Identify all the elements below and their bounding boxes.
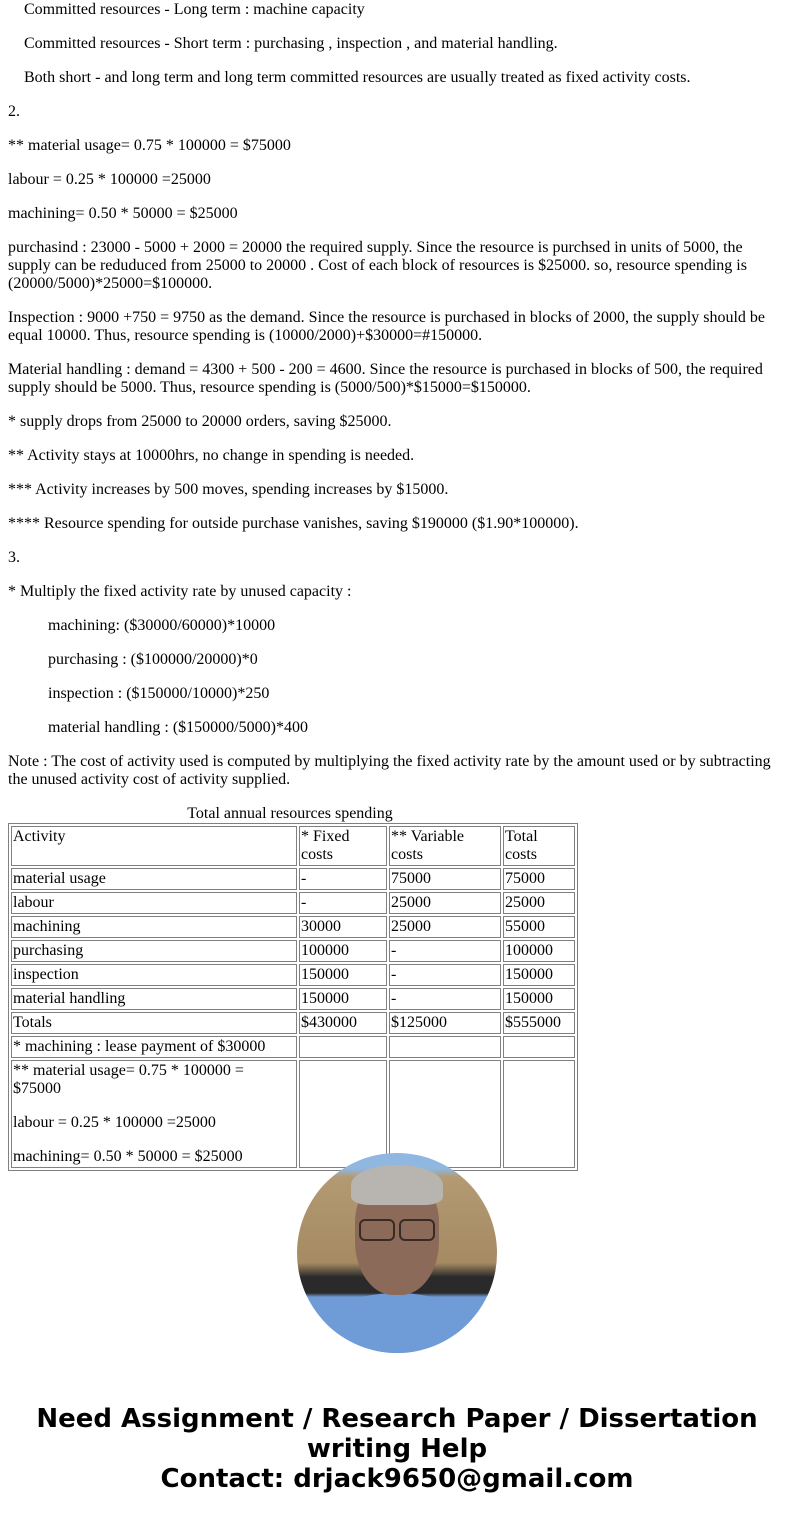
cell-fixed: -	[299, 892, 387, 914]
empty-cell	[389, 1036, 501, 1058]
cell-fixed: 150000	[299, 964, 387, 986]
committed-long-term: Committed resources - Long term : machin…	[24, 1, 794, 19]
cell-variable: -	[389, 964, 501, 986]
note-outside-purchase: **** Resource spending for outside purch…	[8, 515, 778, 533]
avatar-glasses	[359, 1219, 435, 1239]
empty-cell	[299, 1036, 387, 1058]
promo-banner: Need Assignment / Research Paper / Disse…	[0, 1404, 794, 1494]
cell-fixed: 150000	[299, 988, 387, 1010]
cell-total: 100000	[503, 940, 575, 962]
avatar-shirt	[317, 1293, 477, 1353]
material-handling-calc: Material handling : demand = 4300 + 500 …	[8, 361, 778, 397]
table-footnote-row: ** material usage= 0.75 * 100000 = $7500…	[11, 1060, 575, 1168]
section-3-intro: * Multiply the fixed activity rate by un…	[8, 583, 778, 601]
cell-fixed: -	[299, 868, 387, 890]
header-fixed-costs: * Fixed costs	[299, 826, 387, 866]
footnote-fixed: * machining : lease payment of $30000	[11, 1036, 297, 1058]
header-activity: Activity	[11, 826, 297, 866]
section-2-heading: 2.	[8, 103, 778, 121]
cell-variable: -	[389, 988, 501, 1010]
footnote-variable: ** material usage= 0.75 * 100000 = $7500…	[11, 1060, 297, 1168]
cell-totals-label: Totals	[11, 1012, 297, 1034]
cell-total: 75000	[503, 868, 575, 890]
footnote-labour: labour = 0.25 * 100000 =25000	[13, 1114, 295, 1132]
note-supply-drop: * supply drops from 25000 to 20000 order…	[8, 413, 778, 431]
table-row: material usage - 75000 75000	[11, 868, 575, 890]
table-footnote-row: * machining : lease payment of $30000	[11, 1036, 575, 1058]
note-activity-increases: *** Activity increases by 500 moves, spe…	[8, 481, 778, 499]
cell-variable: 25000	[389, 916, 501, 938]
unused-material-handling: material handling : ($150000/5000)*400	[48, 719, 794, 737]
avatar-hair	[351, 1165, 443, 1205]
line-gap	[13, 1098, 295, 1114]
cell-variable: -	[389, 940, 501, 962]
unused-machining: machining: ($30000/60000)*10000	[48, 617, 794, 635]
header-variable-costs: ** Variable costs	[389, 826, 501, 866]
empty-cell	[389, 1060, 501, 1168]
cell-fixed: 30000	[299, 916, 387, 938]
committed-fixed-note: Both short - and long term and long term…	[24, 69, 794, 87]
purchasing-calc: purchasind : 23000 - 5000 + 2000 = 20000…	[8, 239, 778, 293]
table-row: purchasing 100000 - 100000	[11, 940, 575, 962]
empty-cell	[503, 1036, 575, 1058]
table-row: machining 30000 25000 55000	[11, 916, 575, 938]
cell-grand-total: $555000	[503, 1012, 575, 1034]
cell-activity: material usage	[11, 868, 297, 890]
cell-total: 150000	[503, 988, 575, 1010]
cell-variable: 75000	[389, 868, 501, 890]
promo-contact: Contact: drjack9650@gmail.com	[0, 1464, 794, 1494]
empty-cell	[299, 1060, 387, 1168]
cell-total: 25000	[503, 892, 575, 914]
unused-inspection: inspection : ($150000/10000)*250	[48, 685, 794, 703]
unused-purchasing: purchasing : ($100000/20000)*0	[48, 651, 794, 669]
table-totals-row: Totals $430000 $125000 $555000	[11, 1012, 575, 1034]
cell-activity: material handling	[11, 988, 297, 1010]
promo-line-1: Need Assignment / Research Paper / Disse…	[0, 1404, 794, 1434]
cell-fixed-total: $430000	[299, 1012, 387, 1034]
table-caption: Total annual resources spending	[8, 805, 572, 823]
table-row: inspection 150000 - 150000	[11, 964, 575, 986]
table-header-row: Activity * Fixed costs ** Variable costs…	[11, 826, 575, 866]
footnote-machining: machining= 0.50 * 50000 = $25000	[13, 1148, 295, 1166]
table-row: material handling 150000 - 150000	[11, 988, 575, 1010]
line-gap	[13, 1132, 295, 1148]
cell-fixed: 100000	[299, 940, 387, 962]
cell-variable: 25000	[389, 892, 501, 914]
cell-activity: labour	[11, 892, 297, 914]
note-activity-stays: ** Activity stays at 10000hrs, no change…	[8, 447, 778, 465]
table-row: labour - 25000 25000	[11, 892, 575, 914]
section-3-heading: 3.	[8, 549, 778, 567]
cell-activity: inspection	[11, 964, 297, 986]
inspection-calc: Inspection : 9000 +750 = 9750 as the dem…	[8, 309, 778, 345]
cell-variable-total: $125000	[389, 1012, 501, 1034]
material-usage-calc: ** material usage= 0.75 * 100000 = $7500…	[8, 137, 778, 155]
resources-spending-table: Activity * Fixed costs ** Variable costs…	[8, 823, 578, 1171]
cell-total: 150000	[503, 964, 575, 986]
footnote-material-usage: ** material usage= 0.75 * 100000 = $7500…	[13, 1062, 295, 1098]
promo-line-2: writing Help	[0, 1434, 794, 1464]
header-total-costs: Total costs	[503, 826, 575, 866]
section-3-note: Note : The cost of activity used is comp…	[8, 753, 778, 789]
empty-cell	[503, 1060, 575, 1168]
author-avatar	[297, 1153, 497, 1353]
machining-calc: machining= 0.50 * 50000 = $25000	[8, 205, 778, 223]
labour-calc: labour = 0.25 * 100000 =25000	[8, 171, 778, 189]
cell-activity: machining	[11, 916, 297, 938]
cell-activity: purchasing	[11, 940, 297, 962]
committed-short-term: Committed resources - Short term : purch…	[24, 35, 794, 53]
cell-total: 55000	[503, 916, 575, 938]
